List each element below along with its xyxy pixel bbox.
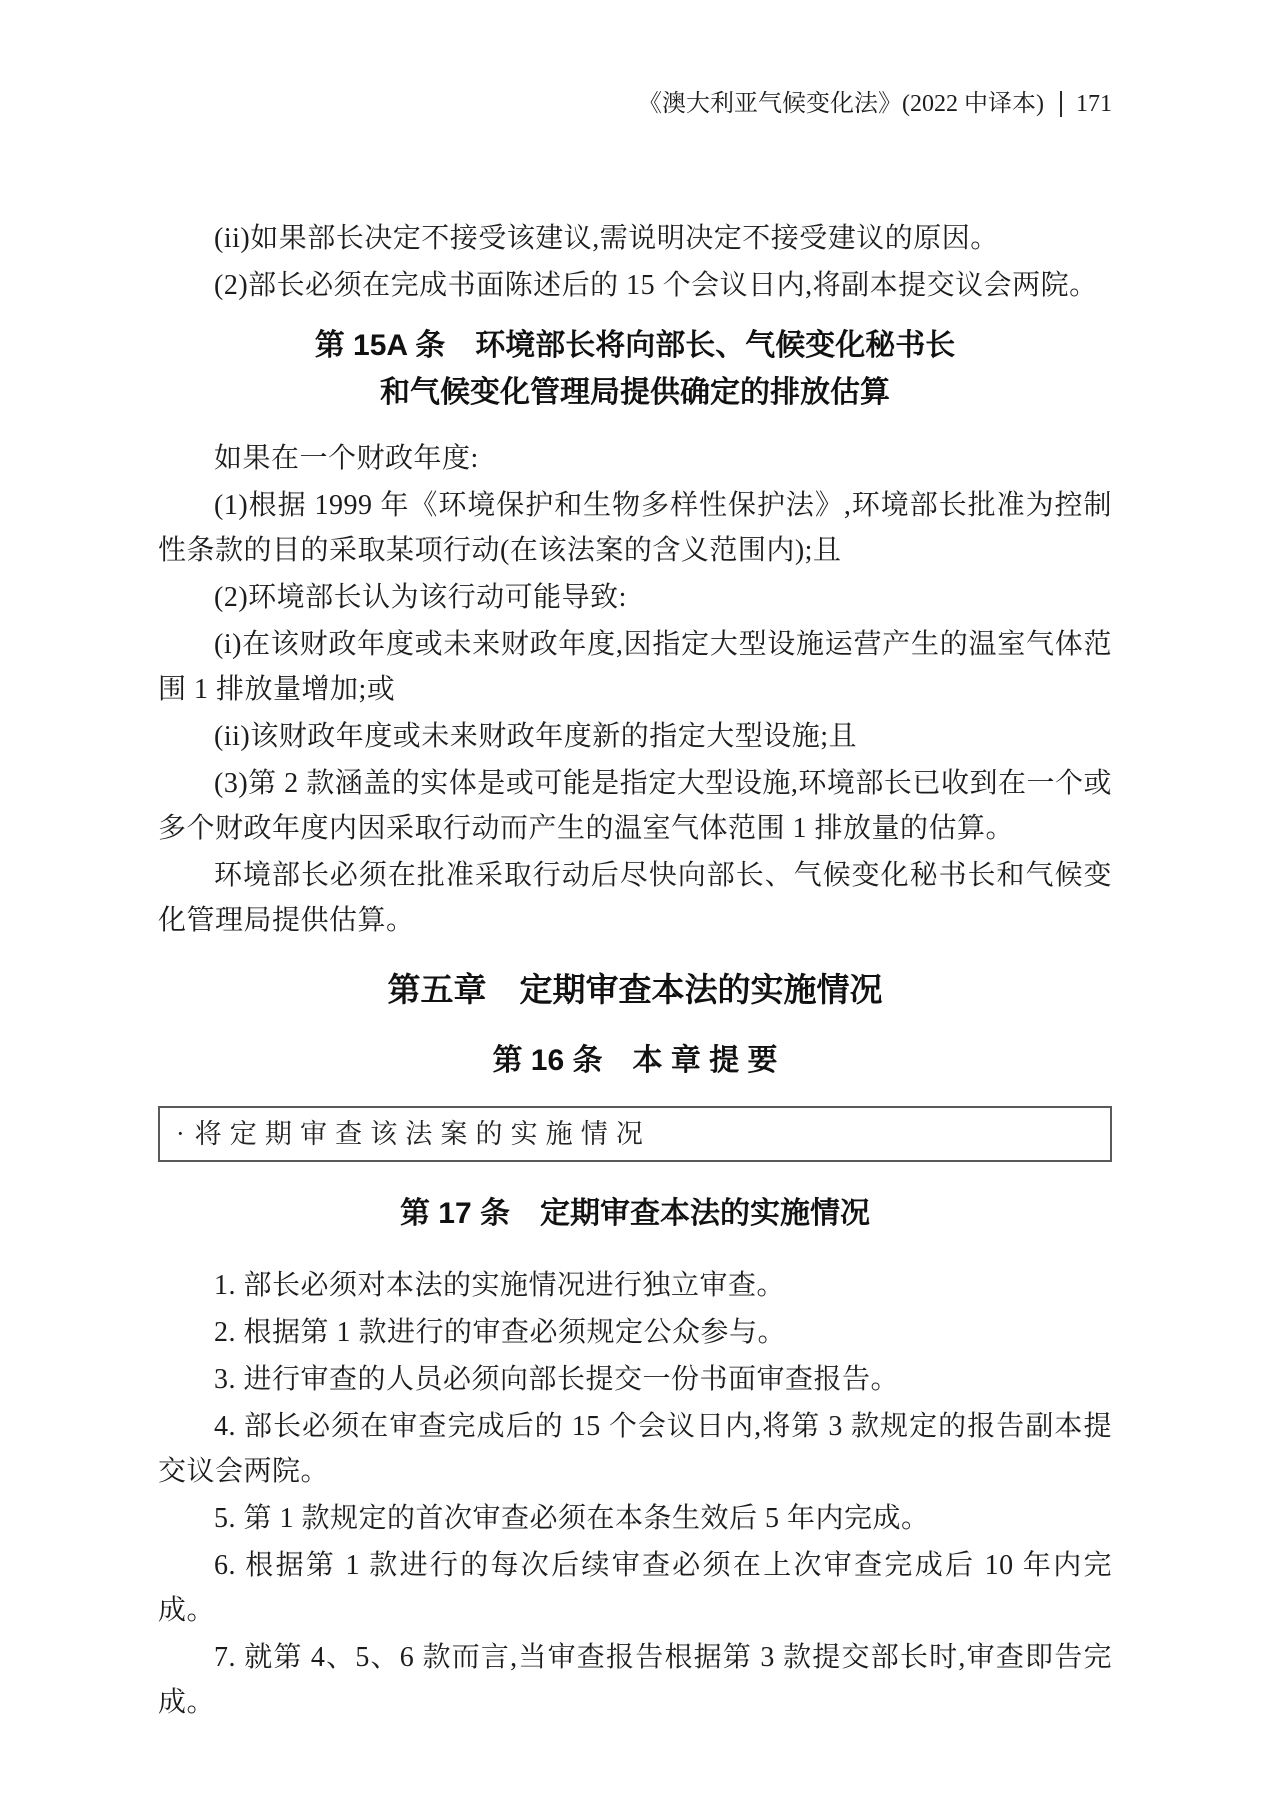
paragraph: (1)根据 1999 年《环境保护和生物多样性保护法》,环境部长批准为控制性条款… [158,483,1112,573]
section-heading-16: 第 16 条 本 章 提 要 [158,1037,1112,1084]
review-items-list: 1. 部长必须对本法的实施情况进行独立审查。 2. 根据第 1 款进行的审查必须… [158,1263,1112,1725]
running-header: 《澳大利亚气候变化法》(2022 中译本) 171 [158,88,1112,120]
list-item: 4. 部长必须在审查完成后的 15 个会议日内,将第 3 款规定的报告副本提交议… [158,1404,1112,1494]
list-item: 5. 第 1 款规定的首次审查必须在本条生效后 5 年内完成。 [158,1496,1112,1541]
paragraph: (ii)该财政年度或未来财政年度新的指定大型设施;且 [158,714,1112,759]
bullet-icon: · [176,1119,185,1149]
section-heading-17: 第 17 条 定期审查本法的实施情况 [158,1190,1112,1237]
header-divider [1060,91,1062,117]
chapter-heading: 第五章 定期审查本法的实施情况 [158,965,1112,1015]
summary-box: · 将定期审查该法案的实施情况 [158,1106,1112,1162]
summary-text: 将定期审查该法案的实施情况 [195,1116,651,1152]
list-item: 3. 进行审查的人员必须向部长提交一份书面审查报告。 [158,1357,1112,1402]
paragraph: (ii)如果部长决定不接受该建议,需说明决定不接受建议的原因。 [158,216,1112,261]
list-item: 1. 部长必须对本法的实施情况进行独立审查。 [158,1263,1112,1308]
heading-line: 第 15A 条 环境部长将向部长、气候变化秘书长 [158,322,1112,369]
paragraph: (2)环境部长认为该行动可能导致: [158,575,1112,620]
book-title: 《澳大利亚气候变化法》(2022 中译本) [638,88,1044,120]
list-item: 2. 根据第 1 款进行的审查必须规定公众参与。 [158,1310,1112,1355]
page-number: 171 [1076,88,1112,120]
section-heading-15a: 第 15A 条 环境部长将向部长、气候变化秘书长 和气候变化管理局提供确定的排放… [158,322,1112,416]
document-body: (ii)如果部长决定不接受该建议,需说明决定不接受建议的原因。 (2)部长必须在… [158,216,1112,1725]
paragraph: (3)第 2 款涵盖的实体是或可能是指定大型设施,环境部长已收到在一个或多个财政… [158,761,1112,851]
list-item: 6. 根据第 1 款进行的每次后续审查必须在上次审查完成后 10 年内完成。 [158,1543,1112,1633]
paragraph: (i)在该财政年度或未来财政年度,因指定大型设施运营产生的温室气体范围 1 排放… [158,622,1112,712]
paragraph: 环境部长必须在批准采取行动后尽快向部长、气候变化秘书长和气候变化管理局提供估算。 [158,853,1112,943]
heading-line: 和气候变化管理局提供确定的排放估算 [158,369,1112,416]
paragraph: 如果在一个财政年度: [158,436,1112,481]
paragraph: (2)部长必须在完成书面陈述后的 15 个会议日内,将副本提交议会两院。 [158,263,1112,308]
list-item: 7. 就第 4、5、6 款而言,当审查报告根据第 3 款提交部长时,审查即告完成… [158,1635,1112,1725]
document-page: 《澳大利亚气候变化法》(2022 中译本) 171 (ii)如果部长决定不接受该… [0,0,1269,1804]
